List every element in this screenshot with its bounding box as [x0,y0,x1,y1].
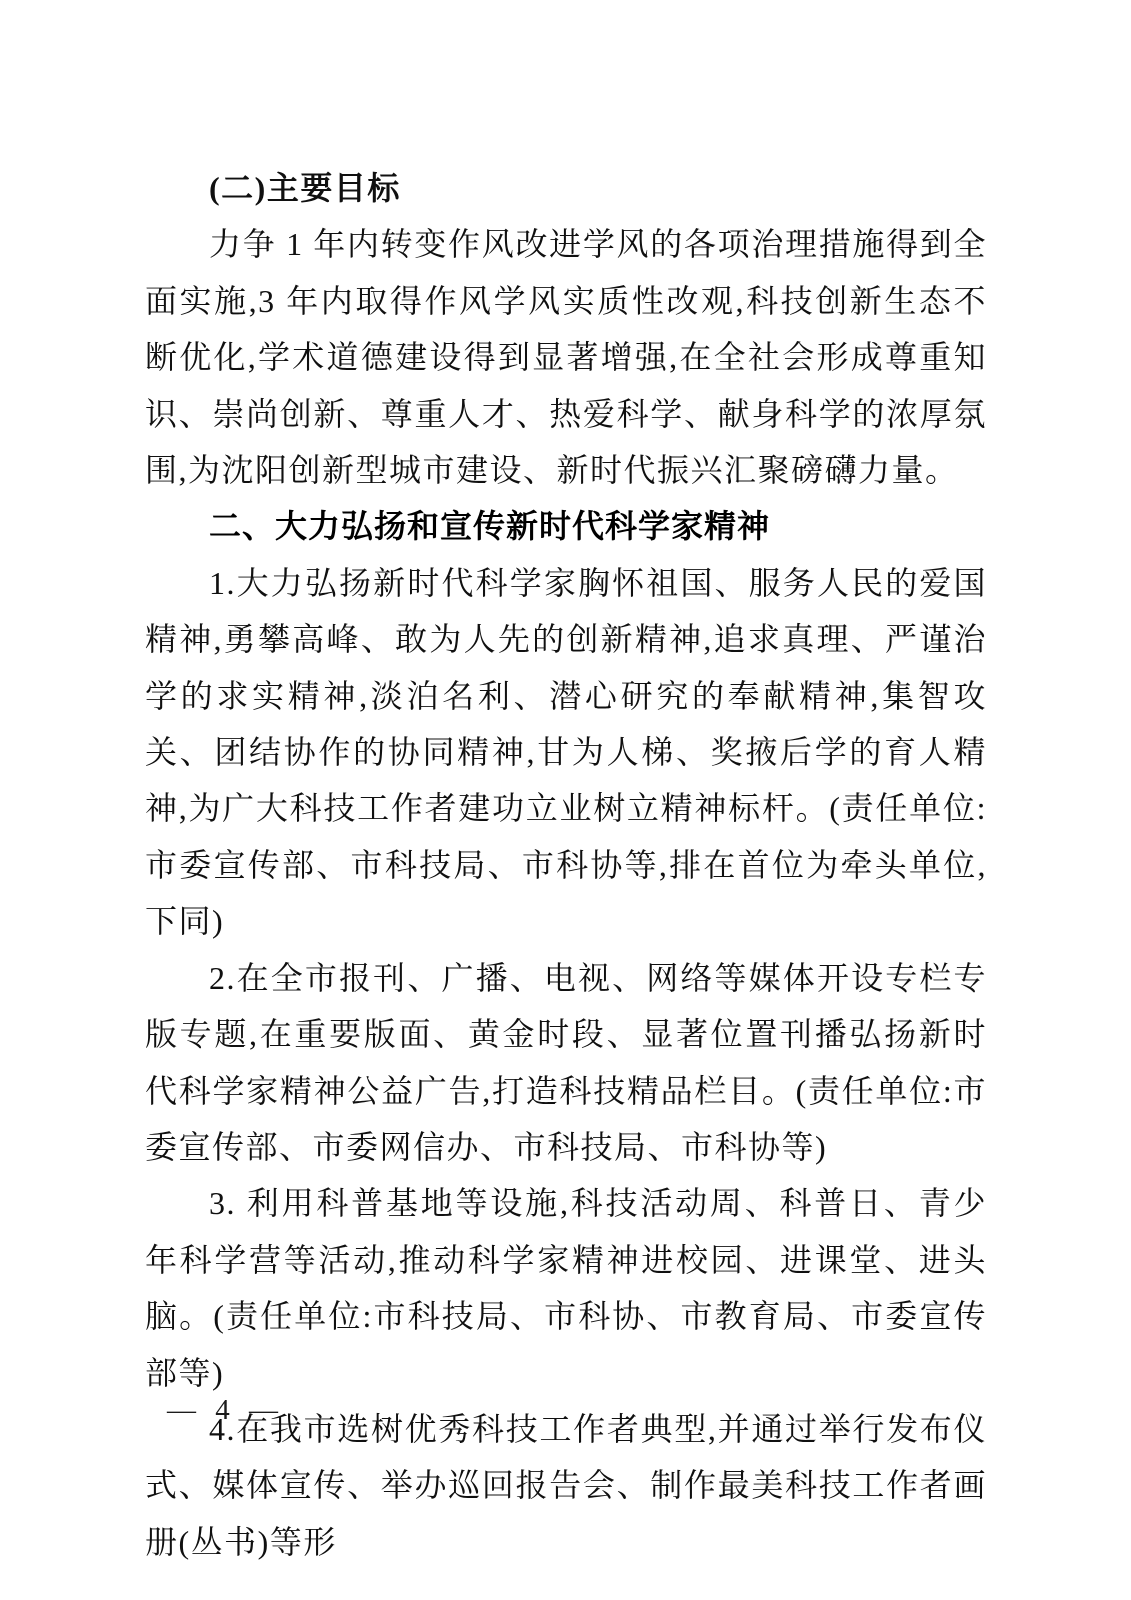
paragraph-goals: 力争 1 年内转变作风改进学风的各项治理措施得到全面实施,3 年内取得作风学风实… [145,216,987,498]
subheading-main-goals: (二)主要目标 [145,160,987,216]
document-content: (二)主要目标 力争 1 年内转变作风改进学风的各项治理措施得到全面实施,3 年… [145,160,987,1570]
document-page: (二)主要目标 力争 1 年内转变作风改进学风的各项治理措施得到全面实施,3 年… [0,0,1131,1600]
paragraph-item-3: 3. 利用科普基地等设施,科技活动周、科普日、青少年科学营等活动,推动科学家精神… [145,1175,987,1401]
paragraph-item-1: 1.大力弘扬新时代科学家胸怀祖国、服务人民的爱国精神,勇攀高峰、敢为人先的创新精… [145,555,987,950]
section-heading-promote-scientist-spirit: 二、大力弘扬和宣传新时代科学家精神 [145,498,987,554]
paragraph-item-2: 2.在全市报刊、广播、电视、网络等媒体开设专栏专版专题,在重要版面、黄金时段、显… [145,950,987,1176]
page-number: — 4 — [167,1394,284,1427]
